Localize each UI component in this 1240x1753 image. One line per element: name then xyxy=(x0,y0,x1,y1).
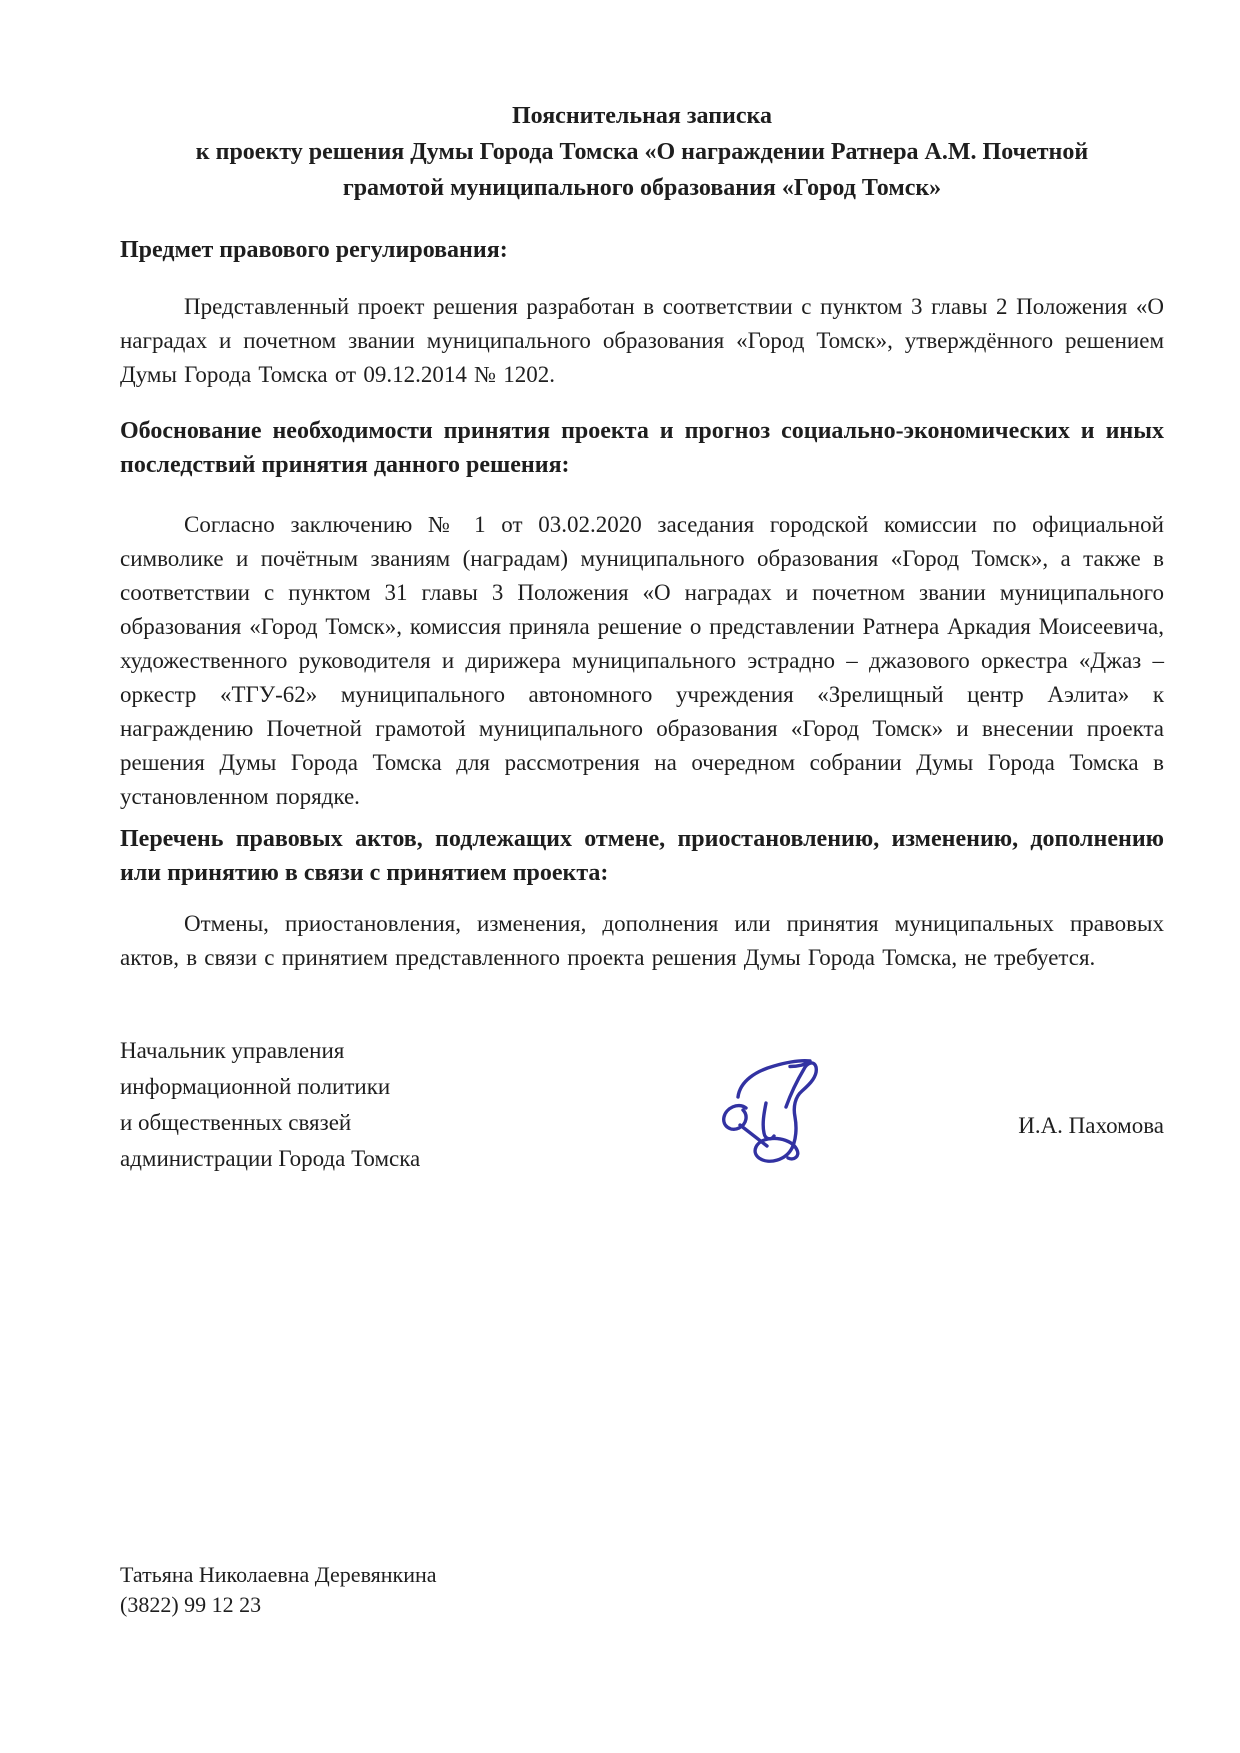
contact-name: Татьяна Николаевна Деревянкина xyxy=(120,1560,1164,1590)
document-title-line: грамотой муниципального образования «Гор… xyxy=(120,170,1164,206)
section-body-subject: Представленный проект решения разработан… xyxy=(120,290,1164,392)
document-page: Пояснительная записка к проекту решения … xyxy=(0,0,1240,1753)
signature-block: Начальник управления информационной поли… xyxy=(120,1033,1164,1208)
section-body-acts-list: Отмены, приостановления, изменения, допо… xyxy=(120,907,1164,975)
section-heading-justification: Обоснование необходимости принятия проек… xyxy=(120,414,1164,482)
signer-title: Начальник управления информационной поли… xyxy=(120,1033,1164,1177)
signer-title-line: администрации Города Томска xyxy=(120,1141,1164,1177)
contact-footer: Татьяна Николаевна Деревянкина (3822) 99… xyxy=(120,1560,1164,1620)
handwritten-signature-icon xyxy=(700,1029,900,1209)
signer-title-line: Начальник управления xyxy=(120,1033,1164,1069)
signer-name: И.А. Пахомова xyxy=(1018,1113,1164,1139)
section-heading-subject: Предмет правового регулирования: xyxy=(120,233,1164,267)
signature-stroke xyxy=(763,1103,774,1139)
contact-phone: (3822) 99 12 23 xyxy=(120,1590,1164,1620)
section-heading-acts-list: Перечень правовых актов, подлежащих отме… xyxy=(120,822,1164,890)
signer-title-line: информационной политики xyxy=(120,1069,1164,1105)
section-body-justification: Согласно заключению № 1 от 03.02.2020 за… xyxy=(120,508,1164,814)
signer-title-line: и общественных связей xyxy=(120,1105,1164,1141)
document-content: Пояснительная записка к проекту решения … xyxy=(0,0,1240,1620)
document-title-line: Пояснительная записка xyxy=(120,98,1164,134)
document-title: Пояснительная записка к проекту решения … xyxy=(120,0,1164,206)
document-title-line: к проекту решения Думы Города Томска «О … xyxy=(120,134,1164,170)
